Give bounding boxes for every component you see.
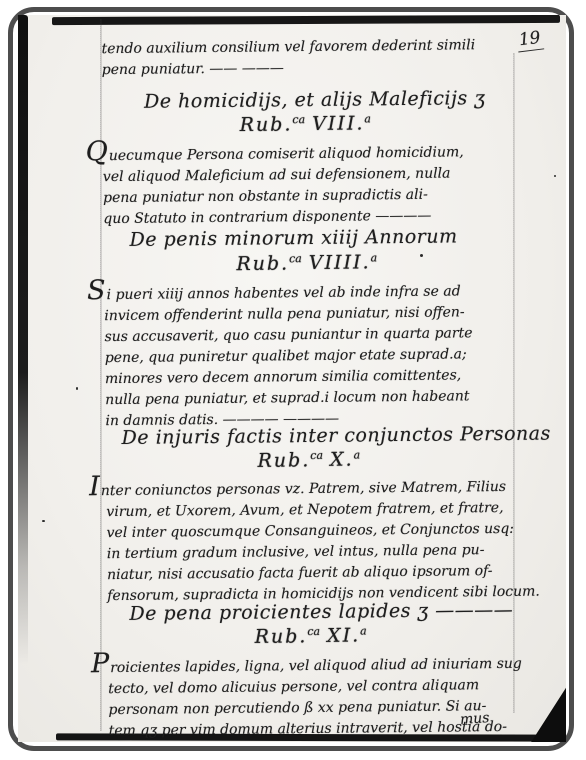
rubric-numeral: X. [330, 449, 354, 471]
rubric-numeral: VIII. [312, 113, 365, 136]
rubric-word: Rub. [255, 625, 308, 648]
rubric-word: Rub. [257, 449, 310, 472]
rubric: Rub.caVIIII.a [104, 250, 510, 277]
rubric-word-superscript: ca [292, 113, 305, 126]
rubric-numeral-superscript: a [353, 448, 360, 461]
section-heading: De pena proicientes lapides ʒ ———— [107, 599, 535, 626]
manuscript-text: tendo auxilium consilium vel favorem ded… [101, 15, 515, 742]
rubric: Rub.caX.a [106, 447, 512, 474]
catchword: mus [459, 710, 490, 728]
ink-speck [76, 387, 78, 390]
section-body: Inter coniunctos personas vz. Patrem, si… [106, 472, 513, 607]
scan-edge-left [18, 15, 28, 665]
page-corner-shadow [506, 683, 566, 742]
text-line: tendo auxilium consilium vel favorem ded… [101, 35, 507, 60]
scanned-page: 19 tendo auxilium consilium vel favorem … [18, 15, 566, 742]
rubric: Rub.caXI.a [108, 623, 514, 650]
carryover-paragraph: tendo auxilium consilium vel favorem ded… [101, 35, 507, 81]
rubric-word: Rub. [240, 113, 293, 136]
section-body: Si pueri xiiij annos habentes vel ab ind… [104, 276, 512, 432]
rubric-numeral-superscript: a [364, 112, 371, 125]
text-line: nulla pena puniatur, et suprad.i locum n… [105, 386, 511, 411]
section-heading: De injuris factis inter conjunctos Perso… [105, 423, 527, 450]
rubric-word-superscript: ca [289, 252, 302, 265]
section-body: Quecumque Persona comiserit aliquod homi… [103, 137, 510, 230]
ink-speck [42, 520, 45, 522]
rubric-numeral: VIIII. [309, 252, 371, 275]
rubric-numeral-superscript: a [360, 624, 367, 637]
rubric-word-superscript: ca [307, 625, 320, 638]
text-line: tem qʒ per vim domum alterius intraverit… [109, 717, 515, 742]
page-number: 19 [516, 28, 544, 53]
rubric-numeral-superscript: a [371, 251, 378, 264]
rubric-word: Rub. [236, 253, 289, 276]
rubric-numeral: XI. [327, 625, 360, 647]
section-body: Proicientes lapides, ligna, vel aliquod … [108, 649, 515, 742]
rubric: Rub.caVIII.a [102, 111, 508, 138]
text-line: pena puniatur. —— ——— [102, 56, 508, 81]
manuscript-scan-page: { "document": { "page_number": "19", "ca… [0, 0, 586, 760]
rubric-word-superscript: ca [310, 449, 323, 462]
text-line: vel aliquod Maleficium ad sui defensione… [103, 163, 509, 188]
section-heading: De penis minorum xiiij Annorum [103, 225, 535, 253]
ink-speck [554, 175, 556, 177]
section-heading: De homicidijs, et alijs Maleficijs ʒ [102, 86, 550, 114]
